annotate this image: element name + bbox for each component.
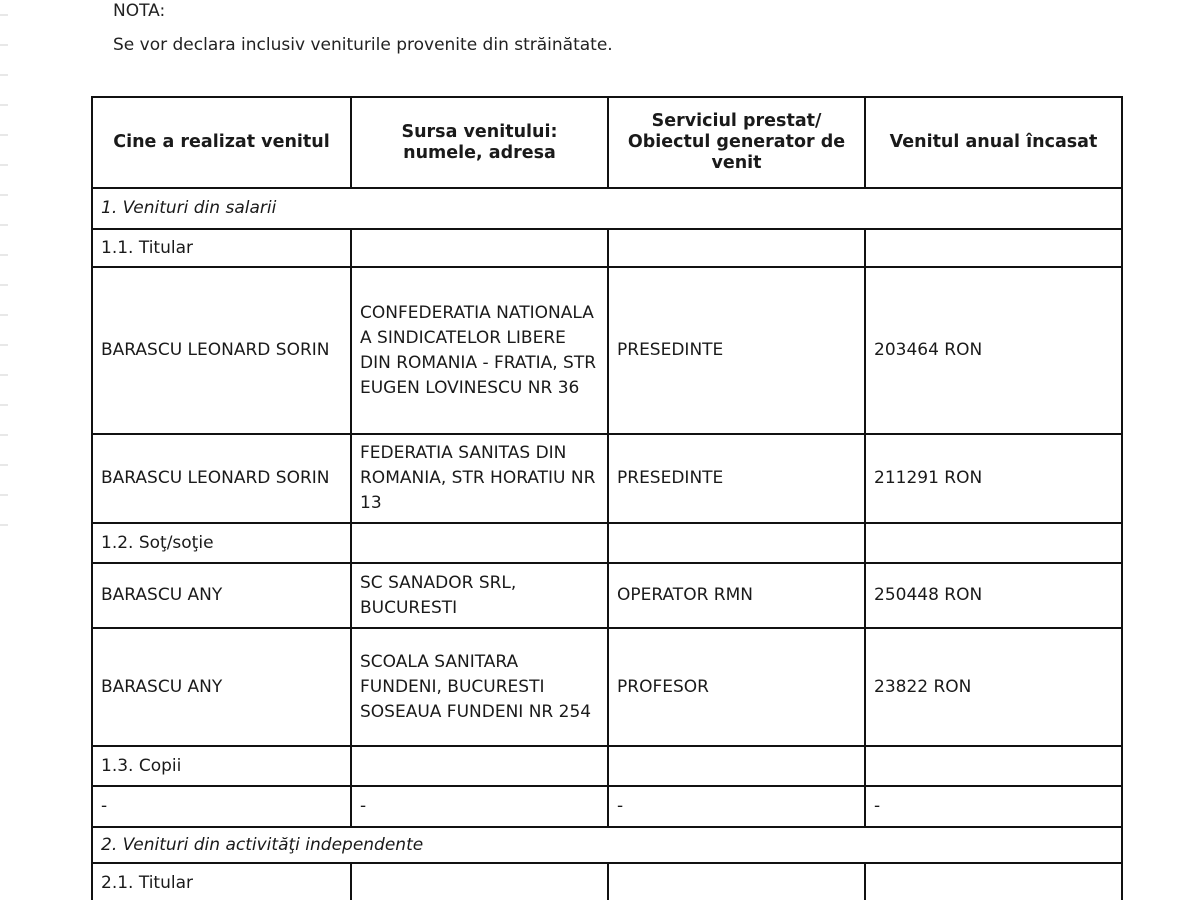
header-who: Cine a realizat venitul <box>92 97 351 188</box>
table-row: BARASCU LEONARD SORIN FEDERATIA SANITAS … <box>92 434 1122 523</box>
cell-source: - <box>351 786 608 827</box>
cell-who: BARASCU ANY <box>92 628 351 746</box>
subsection-label: 1.1. Titular <box>92 229 351 267</box>
scan-artifacts <box>0 0 8 540</box>
subsection-row: 1.3. Copii <box>92 746 1122 786</box>
table-row: BARASCU ANY SCOALA SANITARA FUNDENI, BUC… <box>92 628 1122 746</box>
cell-source: CONFEDERATIA NATIONALA A SINDICATELOR LI… <box>351 267 608 434</box>
note-title: NOTA: <box>113 0 613 28</box>
subsection-row: 1.1. Titular <box>92 229 1122 267</box>
cell-income: - <box>865 786 1122 827</box>
cell-service: PRESEDINTE <box>608 267 865 434</box>
section-label: 1. Venituri din salarii <box>92 188 1122 229</box>
table-row: BARASCU ANY SC SANADOR SRL, BUCURESTI OP… <box>92 563 1122 628</box>
section-label: 2. Venituri din activităţi independente <box>92 827 1122 863</box>
subsection-label: 2.1. Titular <box>92 863 351 900</box>
section-row: 1. Venituri din salarii <box>92 188 1122 229</box>
header-service: Serviciul prestat/ Obiectul generator de… <box>608 97 865 188</box>
table-header-row: Cine a realizat venitul Sursa venitului:… <box>92 97 1122 188</box>
cell-service: PRESEDINTE <box>608 434 865 523</box>
note-block: NOTA: Se vor declara inclusiv veniturile… <box>113 0 613 62</box>
header-income: Venitul anual încasat <box>865 97 1122 188</box>
subsection-row: 2.1. Titular <box>92 863 1122 900</box>
cell-who: - <box>92 786 351 827</box>
cell-income: 250448 RON <box>865 563 1122 628</box>
cell-income: 23822 RON <box>865 628 1122 746</box>
cell-who: BARASCU ANY <box>92 563 351 628</box>
cell-income: 211291 RON <box>865 434 1122 523</box>
cell-source: FEDERATIA SANITAS DIN ROMANIA, STR HORAT… <box>351 434 608 523</box>
cell-who: BARASCU LEONARD SORIN <box>92 267 351 434</box>
section-row: 2. Venituri din activităţi independente <box>92 827 1122 863</box>
cell-income: 203464 RON <box>865 267 1122 434</box>
subsection-label: 1.3. Copii <box>92 746 351 786</box>
table-row: BARASCU LEONARD SORIN CONFEDERATIA NATIO… <box>92 267 1122 434</box>
cell-source: SC SANADOR SRL, BUCURESTI <box>351 563 608 628</box>
note-text: Se vor declara inclusiv veniturile prove… <box>113 28 613 62</box>
cell-service: OPERATOR RMN <box>608 563 865 628</box>
subsection-label: 1.2. Soţ/soţie <box>92 523 351 563</box>
cell-who: BARASCU LEONARD SORIN <box>92 434 351 523</box>
header-source: Sursa venitului: numele, adresa <box>351 97 608 188</box>
subsection-row: 1.2. Soţ/soţie <box>92 523 1122 563</box>
cell-service: PROFESOR <box>608 628 865 746</box>
cell-source: SCOALA SANITARA FUNDENI, BUCURESTI SOSEA… <box>351 628 608 746</box>
cell-service: - <box>608 786 865 827</box>
table-row: - - - - <box>92 786 1122 827</box>
income-table: Cine a realizat venitul Sursa venitului:… <box>91 96 1123 900</box>
